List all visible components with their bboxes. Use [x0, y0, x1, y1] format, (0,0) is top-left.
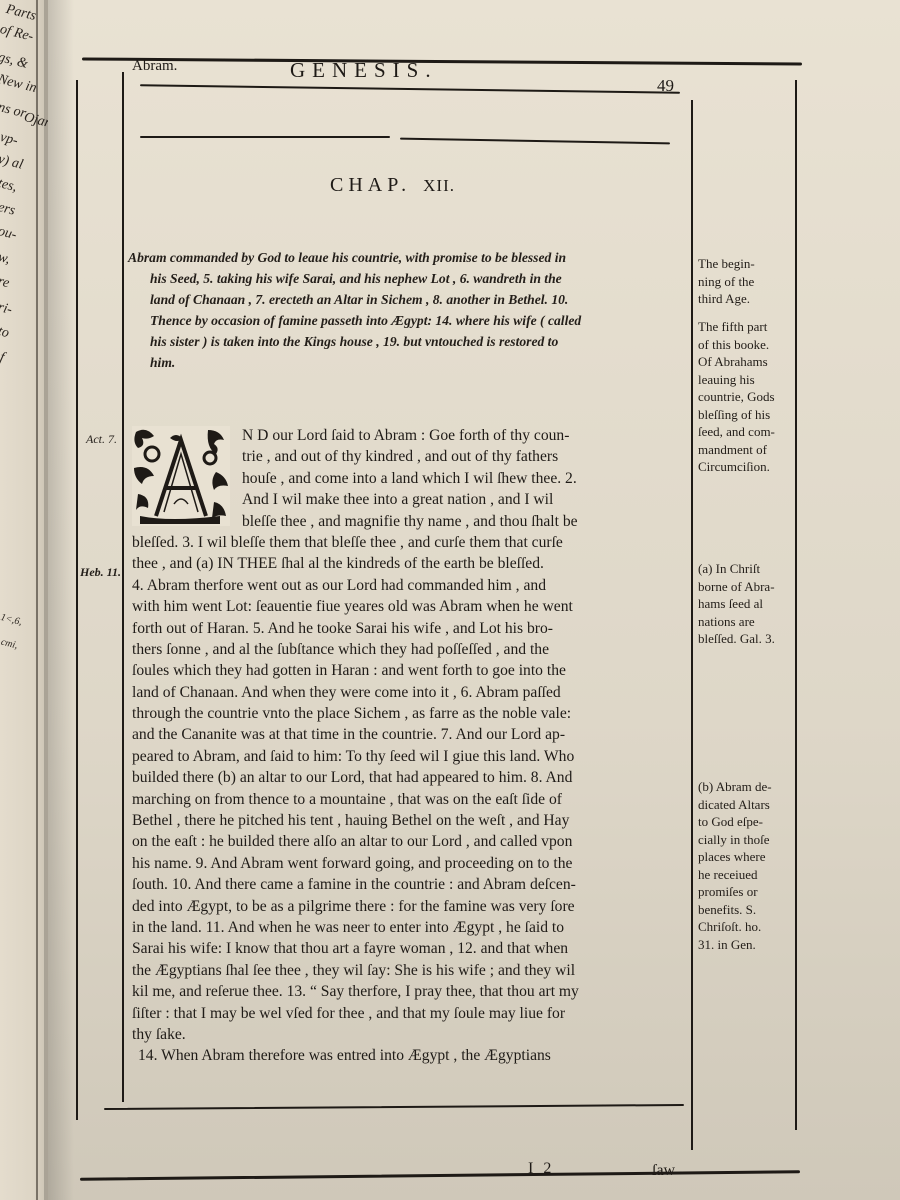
facing-page-fragment: ri- — [0, 300, 14, 319]
side-note-line: third Age. — [698, 290, 755, 308]
footer-rule — [104, 1104, 684, 1110]
side-note-line: ſeed, and com- — [698, 423, 775, 441]
chapter-argument: Abram commanded by God to leaue his coun… — [128, 247, 688, 373]
ornament-rule-right — [400, 138, 670, 145]
margin-reference-acts: Act. 7. — [86, 432, 117, 447]
body-line: through the countrie vnto the place Sich… — [132, 703, 688, 724]
facing-page-fragment: Parts — [4, 2, 37, 25]
body-line: 14. When Abram therefore was entred into… — [132, 1045, 688, 1066]
page-number: 49 — [657, 76, 674, 96]
body-line: ſouth. 10. And there came a famine in th… — [132, 874, 688, 895]
argument-line: him. — [128, 352, 688, 373]
scripture-body: N D our Lord ſaid to Abram : Goe forth o… — [132, 425, 688, 1067]
body-line: thers ſonne , and al the ſubſtance which… — [132, 639, 688, 660]
body-line: trie , and out of thy kindred , and out … — [132, 446, 688, 467]
side-note-line: borne of Abra- — [698, 578, 775, 596]
body-line: ded into Ægypt, to be as a pilgrime ther… — [132, 896, 688, 917]
facing-page-fragment: re — [0, 274, 11, 292]
ornament-rule-left — [140, 136, 390, 138]
chapter-label: CHAP. — [330, 174, 411, 196]
body-line: with him went Lot: ſeauentie fiue yeares… — [132, 596, 688, 617]
body-line: and the Cananite was at that time in the… — [132, 724, 688, 745]
side-note-line: (a) In Chriſt — [698, 560, 775, 578]
side-note-fifth-part: The fifth part of this booke. Of Abraham… — [698, 318, 775, 476]
side-note-line: cially in thoſe — [698, 831, 772, 849]
body-line: ſoules which they had gotten in Haran : … — [132, 660, 688, 681]
body-line: land of Chanaan. And when they were come… — [132, 682, 688, 703]
body-line: ſiſter : that I may be wel vſed for thee… — [132, 1003, 688, 1024]
side-note-line: places where — [698, 848, 772, 866]
argument-line: land of Chanaan , 7. erecteth an Altar i… — [128, 289, 688, 310]
body-line: N D our Lord ſaid to Abram : Goe forth o… — [132, 425, 688, 446]
facing-page-fragment: to — [0, 324, 11, 342]
side-note-line: The fifth part — [698, 318, 775, 336]
side-note-line: 31. in Gen. — [698, 936, 772, 954]
side-note-line: of this booke. — [698, 336, 775, 354]
body-line: Bethel , there he pitched his tent , hau… — [132, 810, 688, 831]
argument-line: his sister ) is taken into the Kings hou… — [128, 331, 688, 352]
side-note-line: bleſſing of his — [698, 406, 775, 424]
facing-page-fragment: gs, & — [0, 50, 29, 73]
side-note-line: benefits. S. — [698, 901, 772, 919]
outer-left-frame — [76, 80, 78, 1120]
body-line: peared to Abram, and ſaid to him: To thy… — [132, 746, 688, 767]
facing-page-fragment: tes, — [0, 176, 18, 196]
facing-page-edge: Parts of Re- gs, & New in ns or Ojan vp-… — [0, 0, 48, 1200]
body-line: on the eaſt : he builded there alſo an a… — [132, 831, 688, 852]
body-line: his name. 9. And Abram went forward goin… — [132, 853, 688, 874]
argument-line: Thence by occasion of famine passeth int… — [128, 310, 688, 331]
body-line: marching on from thence to a mountaine ,… — [132, 789, 688, 810]
facing-page-fragment: w, — [0, 250, 11, 268]
side-note-line: countrie, Gods — [698, 388, 775, 406]
side-note-line: hams ſeed al — [698, 595, 775, 613]
body-line: And I wil make thee into a great nation … — [132, 489, 688, 510]
side-note-line: to God eſpe- — [698, 813, 772, 831]
side-note-line: Circumciſion. — [698, 458, 775, 476]
top-frame-rule — [82, 57, 802, 65]
body-line: bleſſed. 3. I wil bleſſe them that bleſſ… — [132, 532, 688, 553]
side-note-line: Chriſoſt. ho. — [698, 918, 772, 936]
outer-right-frame — [795, 80, 797, 1130]
text-column-right-frame — [691, 100, 693, 1150]
body-line: bleſſe thee , and magnifie thy name , an… — [132, 511, 688, 532]
catchword: ſaw — [652, 1162, 675, 1180]
signature-mark: I 2 — [528, 1160, 554, 1178]
facing-page-fragment: of Re- — [0, 22, 35, 46]
side-note-line: promiſes or — [698, 883, 772, 901]
side-note-line: he receiued — [698, 866, 772, 884]
facing-page-fragment: New in — [0, 72, 38, 97]
facing-page-fragment: y) al — [0, 152, 25, 174]
facing-page-fragment: ers — [0, 200, 17, 220]
facing-page-rule — [36, 0, 38, 1200]
inner-left-frame — [122, 72, 124, 1102]
side-note-line: The begin- — [698, 255, 755, 273]
side-note-b: (b) Abram de- dicated Altars to God eſpe… — [698, 778, 772, 953]
facing-page-fragment: 1<,6, — [0, 612, 23, 628]
running-head-left: Abram. — [132, 58, 177, 75]
gutter-shadow — [44, 0, 74, 1200]
side-note-line: mandment of — [698, 441, 775, 459]
body-line: Sarai his wife: I know that thou art a f… — [132, 938, 688, 959]
body-line: builded there (b) an altar to our Lord, … — [132, 767, 688, 788]
body-line: in the land. 11. And when he was neer to… — [132, 917, 688, 938]
side-note-line: dicated Altars — [698, 796, 772, 814]
body-line: thy ſake. — [132, 1024, 688, 1045]
side-note-third-age: The begin- ning of the third Age. — [698, 255, 755, 308]
body-line: 4. Abram therfore went out as our Lord h… — [132, 575, 688, 596]
side-note-line: (b) Abram de- — [698, 778, 772, 796]
side-note-line: ning of the — [698, 273, 755, 291]
argument-line: his Seed, 5. taking his wife Sarai, and … — [128, 268, 688, 289]
argument-line: Abram commanded by God to leaue his coun… — [128, 247, 688, 268]
running-head-title: GENESIS. — [290, 58, 438, 83]
facing-page-fragment: ou- — [0, 224, 18, 244]
facing-page-fragment: vp- — [0, 130, 19, 150]
margin-reference-hebrews: Heb. 11. — [80, 565, 121, 580]
side-note-line: leauing his — [698, 371, 775, 389]
side-note-line: bleſſed. Gal. 3. — [698, 630, 775, 648]
side-note-line: nations are — [698, 613, 775, 631]
body-line: houſe , and come into a land which I wil… — [132, 468, 688, 489]
header-rule — [140, 84, 680, 94]
body-line: thee , and (a) IN THEE ſhal al the kindr… — [132, 553, 688, 574]
bottom-frame-rule — [80, 1170, 800, 1181]
side-note-a: (a) In Chriſt borne of Abra- hams ſeed a… — [698, 560, 775, 648]
body-line: kil me, and reſerue thee. 13. “ Say ther… — [132, 981, 688, 1002]
body-line: the Ægyptians ſhal ſee thee , they wil ſ… — [132, 960, 688, 981]
chapter-number: XII. — [423, 176, 455, 195]
side-note-line: Of Abrahams — [698, 353, 775, 371]
chapter-heading: CHAP.XII. — [330, 174, 455, 197]
facing-page-fragment: .cmi, — [0, 636, 19, 651]
facing-page-fragment: f — [0, 350, 6, 366]
body-line: forth out of Haran. 5. And he tooke Sara… — [132, 618, 688, 639]
